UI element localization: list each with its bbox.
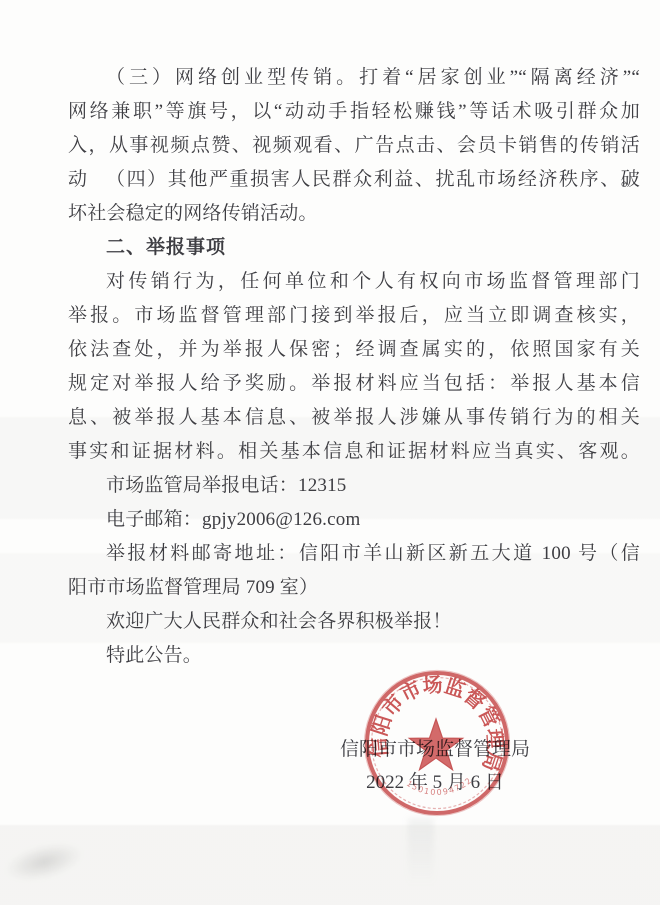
scan-smudge-below-seal (408, 818, 434, 898)
body-line: 对传销行为，任何单位和个人有权向市场监督管理部门 (68, 265, 640, 299)
body-text: （三）网络创业型传销。打着“居家创业”“隔离经济”“网络兼职”等旗号，以“动动手… (68, 61, 640, 673)
document-page: （三）网络创业型传销。打着“居家创业”“隔离经济”“网络兼职”等旗号，以“动动手… (0, 0, 660, 905)
body-line: 入，从事视频点赞、视频观看、广告点击、会员卡销售的传销活动。 (68, 129, 640, 163)
body-line: 网络兼职”等旗号，以“动动手指轻松赚钱”等话术吸引群众加 (68, 95, 640, 129)
body-line: 市场监管局举报电话：12315 (68, 469, 640, 503)
body-line: （三）网络创业型传销。打着“居家创业”“隔离经济”“ (68, 61, 640, 95)
body-line: 阳市市场监督管理局 709 室） (68, 571, 640, 605)
body-line: 举报材料邮寄地址：信阳市羊山新区新五大道 100 号（信 (68, 537, 640, 571)
body-line: 事实和证据材料。相关基本信息和证据材料应当真实、客观。 (68, 435, 640, 469)
seal-star-icon (409, 719, 462, 770)
body-line: 规定对举报人给予奖励。举报材料应当包括：举报人基本信 (68, 367, 640, 401)
body-line: 特此公告。 (68, 639, 640, 673)
body-line: 欢迎广大人民群众和社会各界积极举报！ (68, 605, 640, 639)
official-seal-stamp: 信阳市市场监督管理局 15010094722 (362, 668, 512, 818)
scan-smudge-bottom-left (1, 836, 87, 888)
seal-code-text: 15010094722 (405, 775, 474, 797)
section-heading: 二、举报事项 (68, 231, 640, 265)
body-line: 电子邮箱：gpjy2006@126.com (68, 503, 640, 537)
body-line: 举报。市场监督管理部门接到举报后，应当立即调查核实， (68, 299, 640, 333)
body-line: （四）其他严重损害人民群众利益、扰乱市场经济秩序、破 (68, 163, 640, 197)
body-line: 息、被举报人基本信息、被举报人涉嫌从事传销行为的相关 (68, 401, 640, 435)
body-line: 依法查处，并为举报人保密；经调查属实的，依照国家有关 (68, 333, 640, 367)
body-line: 坏社会稳定的网络传销活动。 (68, 197, 640, 231)
